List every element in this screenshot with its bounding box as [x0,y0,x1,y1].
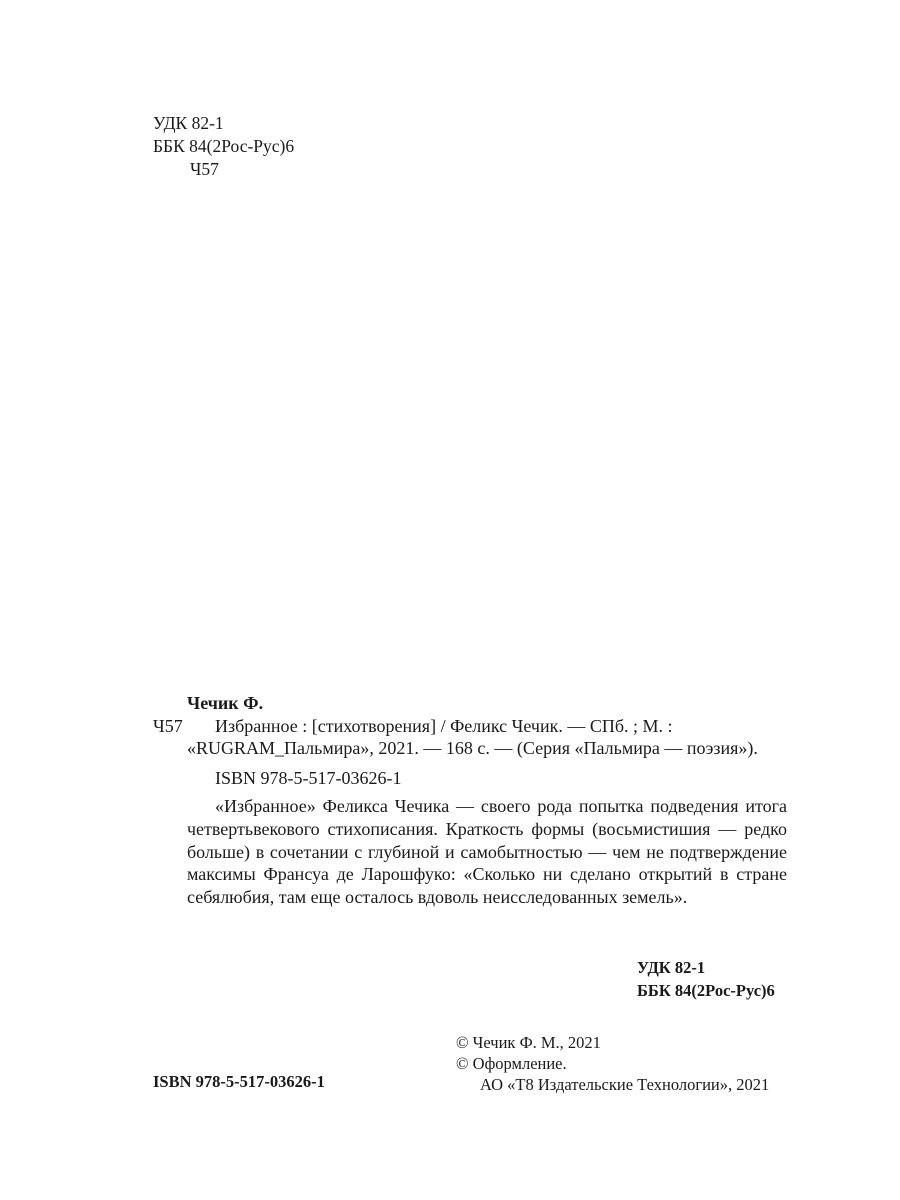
card-isbn: ISBN 978-5-517-03626-1 [153,767,787,790]
copyright-block: © Чечик Ф. М., 2021 © Оформление. АО «Т8… [456,1032,769,1095]
bottom-classification-codes: УДК 82-1 ББК 84(2Рос-Рус)6 [637,956,775,1002]
card-entry: Ч57 Избранное : [стихотворения] / Феликс… [153,715,787,760]
bottom-udk-code: УДК 82-1 [637,956,775,979]
bbk-code: ББК 84(2Рос-Рус)6 [153,135,294,158]
author-mark: Ч57 [153,158,294,181]
card-author-mark: Ч57 [153,715,183,738]
card-author: Чечик Ф. [153,692,787,715]
card-entry-title: Избранное : [стихотворения] / Феликс Чеч… [187,715,787,738]
copyright-design: © Оформление. [456,1053,769,1074]
card-entry-imprint: «RUGRAM_Пальмира», 2021. — 168 с. — (Сер… [187,737,787,760]
udk-code: УДК 82-1 [153,112,294,135]
publisher: АО «Т8 Издательские Технологии», 2021 [456,1074,769,1095]
footer-isbn: ISBN 978-5-517-03626-1 [153,1072,325,1092]
catalog-card: Чечик Ф. Ч57 Избранное : [стихотворения]… [153,692,787,908]
bottom-bbk-code: ББК 84(2Рос-Рус)6 [637,979,775,1002]
card-annotation: «Избранное» Феликса Чечика — своего рода… [153,795,787,908]
copyright-author: © Чечик Ф. М., 2021 [456,1032,769,1053]
top-classification-codes: УДК 82-1 ББК 84(2Рос-Рус)6 Ч57 [153,112,294,181]
